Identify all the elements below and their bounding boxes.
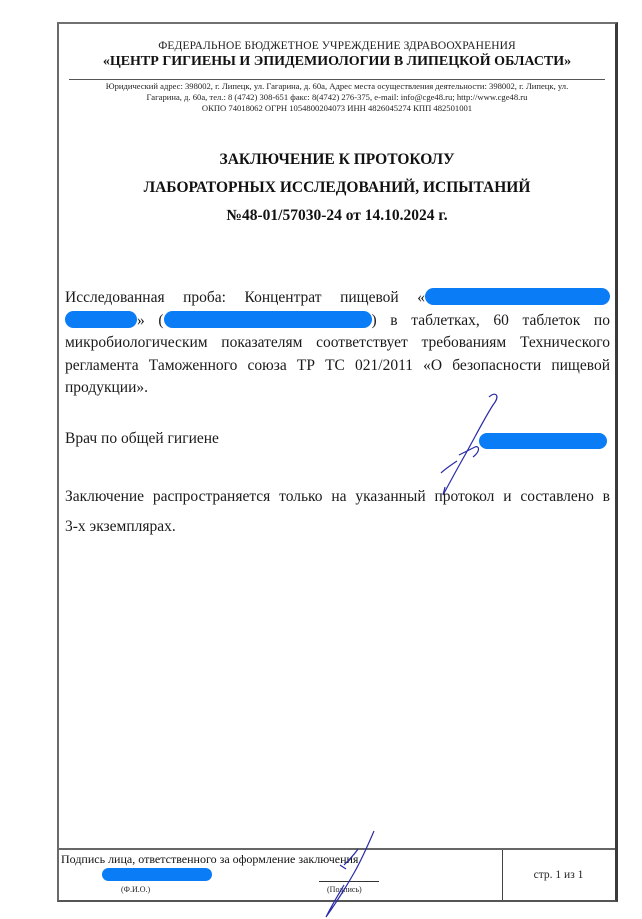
signatory-role: Врач по общей гигиене (65, 430, 219, 448)
org-type: ФЕДЕРАЛЬНОЕ БЮДЖЕТНОЕ УЧРЕЖДЕНИЕ ЗДРАВОО… (59, 40, 615, 52)
footer-signature-icon (318, 825, 378, 919)
conclusion-line-1: Исследованная проба: Концентрат пищевой … (65, 287, 610, 310)
doc-title-line-1: ЗАКЛЮЧЕНИЕ К ПРОТОКОЛУ (59, 151, 615, 169)
text-fragment: ) в таблетках, 60 таблеток по (372, 312, 610, 329)
registry-codes: ОКПО 74018062 ОГРН 1054800204073 ИНН 482… (65, 103, 609, 113)
footer-caption: Подпись лица, ответственного за оформлен… (61, 852, 358, 867)
note-line-1: Заключение распространяется только на ук… (65, 482, 610, 512)
note-paragraph: Заключение распространяется только на ук… (65, 482, 610, 542)
page-number: стр. 1 из 1 (502, 850, 615, 900)
org-name: «ЦЕНТР ГИГИЕНЫ И ЭПИДЕМИОЛОГИИ В ЛИПЕЦКО… (59, 54, 615, 70)
conclusion-paragraph: Исследованная проба: Концентрат пищевой … (65, 287, 610, 400)
document-page: ФЕДЕРАЛЬНОЕ БЮДЖЕТНОЕ УЧРЕЖДЕНИЕ ЗДРАВОО… (57, 22, 618, 902)
sample-label: Исследованная проба: Концентрат пищевой … (65, 289, 425, 306)
redacted-manufacturer (164, 311, 372, 328)
redacted-product-name-cont (65, 311, 137, 328)
header-divider (69, 79, 605, 80)
address-line-2: Гагарина, д. 60а, тел.: 8 (4742) 308-651… (65, 92, 609, 102)
redacted-responsible-name (102, 868, 212, 881)
responsible-signature-cell: Подпись лица, ответственного за оформлен… (59, 850, 503, 900)
protocol-number: №48-01/57030-24 от 14.10.2024 г. (59, 207, 615, 225)
conclusion-line-4: регламента Таможенного союза ТР ТС 021/2… (65, 355, 610, 378)
conclusion-line-3: микробиологическим показателям соответст… (65, 332, 610, 355)
conclusion-line-2: » () в таблетках, 60 таблеток по (65, 310, 610, 333)
doc-title-line-2: ЛАБОРАТОРНЫХ ИССЛЕДОВАНИЙ, ИСПЫТАНИЙ (59, 179, 615, 197)
fio-label: (Ф.И.О.) (121, 885, 150, 894)
conclusion-line-5: продукции». (65, 377, 610, 400)
note-line-2: 3-х экземплярах. (65, 512, 610, 542)
redacted-product-name (425, 288, 610, 305)
address-line-1: Юридический адрес: 398002, г. Липецк, ул… (65, 81, 609, 91)
text-fragment: » ( (137, 312, 164, 329)
